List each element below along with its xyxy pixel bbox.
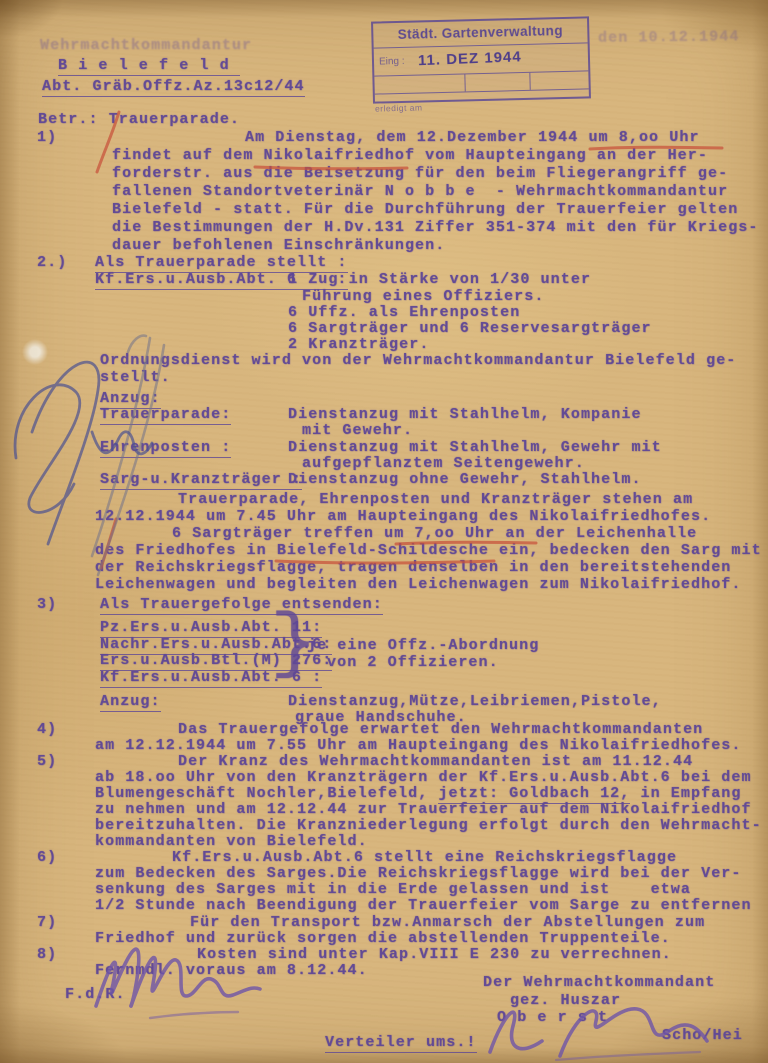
- typed-text-segment: 3): [37, 596, 57, 613]
- typed-line: Als Trauerparade stellt :: [95, 255, 348, 271]
- typed-text-segment: senkung des Sarges mit in die Erde gelas…: [95, 881, 691, 898]
- typed-text-segment: am 12.12.1944 um 7.55 Uhr am Haupteingan…: [95, 737, 742, 754]
- typed-line: Bielefeld - statt. Für die Durchführung …: [112, 202, 738, 218]
- typed-text-segment: 6 Sargträger und 6 Reservesargträger: [288, 320, 652, 337]
- typed-line: Dienstanzug ohne Gewehr, Stahlhelm.: [288, 472, 642, 488]
- typed-text-segment: Dienstanzug mit Stahlhelm, Kompanie: [288, 406, 642, 423]
- typed-line: Blumengeschäft Nochler,Bielefeld, jetzt:…: [95, 786, 742, 802]
- typed-line: Ehrenposten :: [100, 440, 231, 456]
- typed-line: Dienstanzug mit Stahlhelm, Kompanie: [288, 407, 642, 423]
- typed-line: Dienstanzug,Mütze,Leibriemen,Pistole,: [288, 694, 662, 710]
- typed-line: 1 Zug in Stärke von 1/30 unter: [288, 272, 591, 288]
- typed-text-segment: der Reichskriegsflagge, tragen denselben…: [95, 559, 731, 576]
- typed-line: 2 Kranzträger.: [288, 337, 429, 353]
- typed-line: 6 Sargträger treffen um 7,oo Uhr an der …: [172, 526, 697, 542]
- stamp-date: 11. DEZ 1944: [418, 48, 522, 69]
- typed-line: Kf.Ers.u.Ausb.Abt.6 stellt eine Reichskr…: [172, 850, 677, 866]
- typed-text-segment: Friedhof und zurück sorgen die abstellen…: [95, 930, 671, 947]
- typed-text-segment: Abt. Gräb.Offz.Az.13c12/44: [42, 78, 305, 97]
- letterhead-org-faded: Wehrmachtkommandantur: [40, 38, 252, 54]
- section-number: 3): [37, 597, 57, 613]
- typed-text-segment: 6 Sargträger treffen um 7,oo Uhr an der …: [172, 525, 697, 542]
- typed-line: Ordnungsdienst wird von der Wehrmachtkom…: [100, 353, 736, 369]
- typed-text-segment: Dienstanzug mit Stahlhelm, Gewehr mit: [288, 439, 662, 456]
- typed-text-segment: Der Kranz des Wehrmachtkommandanten ist …: [178, 753, 693, 770]
- typed-text-segment: Trauerparade, Ehrenposten und Kranzträge…: [178, 491, 693, 508]
- letterhead-city: B i e l e f e l d: [58, 58, 240, 74]
- typed-text-segment: forderstr. aus die Beisetzung für den be…: [112, 165, 728, 182]
- typed-line: die Bestimmungen der H.Dv.131 Ziffer 351…: [112, 220, 759, 236]
- typed-line: senkung des Sarges mit in die Erde gelas…: [95, 882, 691, 898]
- typed-text-segment: 7): [37, 914, 57, 931]
- typed-line: Sarg-u.Kranzträger :: [100, 472, 302, 488]
- typed-text-segment: Anzug:: [100, 693, 161, 712]
- section-number: 1): [37, 130, 57, 146]
- typed-line: aufgepflanztem Seitengewehr.: [302, 456, 585, 472]
- typed-text-segment: Dienstanzug,Mütze,Leibriemen,Pistole,: [288, 693, 662, 710]
- typed-text-segment: Ehrenposten :: [100, 439, 231, 458]
- typed-text-segment: ab 18.oo Uhr von den Kranzträgern der Kf…: [95, 769, 752, 786]
- typed-line: Für den Transport bzw.Anmarsch der Abste…: [190, 915, 705, 931]
- typed-text-segment: 2.): [37, 254, 67, 271]
- scanned-document-page: { "colors": { "paper": "#d8b67e", "typew…: [0, 0, 768, 1063]
- typed-text-segment: B i e l e f e l d: [58, 57, 240, 76]
- typed-text-segment: den 10.12.1944: [598, 28, 740, 46]
- typed-text-segment: von 2 Offizieren.: [327, 654, 499, 671]
- stamp-table-cell: [374, 74, 465, 93]
- section-number: 2.): [37, 255, 67, 271]
- typed-line: mit Gewehr.: [302, 423, 413, 439]
- typed-line: Führung eines Offiziers.: [302, 289, 544, 305]
- typed-line: Anzug:: [100, 391, 161, 407]
- typed-text-segment: 1): [37, 129, 57, 146]
- typed-text-segment: Trauerparade:: [100, 406, 231, 425]
- typed-line: Der Kranz des Wehrmachtkommandanten ist …: [178, 754, 693, 770]
- typed-line: zu nehmen und am 12.12.44 zur Trauerfeie…: [95, 802, 752, 818]
- typed-text-segment: zu nehmen und am 12.12.44 zur Trauerfeie…: [95, 801, 752, 818]
- typed-text-segment: Kf.Ers.u.Ausb.Abt.6 stellt eine Reichskr…: [172, 849, 677, 866]
- typed-text-segment: Bielefeld - statt. Für die Durchführung …: [112, 201, 738, 218]
- typed-text-segment: Führung eines Offiziers.: [302, 288, 544, 305]
- stamp-erledigt-note: erledigt am: [375, 102, 423, 113]
- typed-text-segment: 1 Zug in Stärke von 1/30 unter: [288, 271, 591, 288]
- fdr-label: F.d.R.: [65, 987, 126, 1003]
- typed-line: 1/2 Stunde nach Beendigung der Trauerfei…: [95, 898, 752, 914]
- signature-block-name: gez. Huszar: [510, 993, 621, 1009]
- typed-line: Das Trauergefolge erwartet den Wehrmacht…: [178, 722, 703, 738]
- typed-text-segment: des Friedhofes in Bielefeld-Schildesche …: [95, 542, 762, 559]
- typed-text-segment: mit Gewehr.: [302, 422, 413, 439]
- typed-text-segment: Wehrmachtkommandantur: [40, 37, 252, 54]
- typed-text-segment: fallenen Standortveterinär N o b b e - W…: [112, 183, 728, 200]
- dateline-faded: den 10.12.1944: [598, 29, 740, 46]
- signature-block-rank: O b e r s t: [497, 1010, 608, 1026]
- typed-line: findet auf dem Nikolaifriedhof vom Haupt…: [112, 148, 708, 164]
- typed-text-segment: F.d.R.: [65, 986, 126, 1003]
- typed-line: Am Dienstag, dem 12.Dezember 1944 um 8,o…: [245, 130, 700, 146]
- subject-line: Betr.: Trauerparade.: [38, 112, 240, 128]
- typed-line: Dienstanzug mit Stahlhelm, Gewehr mit: [288, 440, 662, 456]
- typed-line: bereitzuhalten. Die Kranzniederlegung er…: [95, 818, 762, 834]
- typed-line: Trauerparade, Ehrenposten und Kranzträge…: [178, 492, 693, 508]
- typed-line: des Friedhofes in Bielefeld-Schildesche …: [95, 543, 762, 559]
- section-number: 7): [37, 915, 57, 931]
- typed-text-segment: 4): [37, 721, 57, 738]
- typed-text-segment: 12.12.1944 um 7.45 Uhr am Haupteingang d…: [95, 508, 711, 525]
- typed-line: Trauerparade:: [100, 407, 231, 423]
- typed-text-segment: stellt.: [100, 369, 171, 386]
- typed-line: Kosten sind unter Kap.VIII E 230 zu verr…: [197, 947, 672, 963]
- typed-line: zum Bedecken des Sarges.Die Reichskriegs…: [95, 866, 742, 882]
- typed-text-segment: Leichenwagen und begleiten den Leichenwa…: [95, 576, 742, 593]
- typed-line: 6 Sargträger und 6 Reservesargträger: [288, 321, 652, 337]
- typed-line: Friedhof und zurück sorgen die abstellen…: [95, 931, 671, 947]
- typed-line: Als Trauergefolge entsenden:: [100, 597, 383, 613]
- typed-text-segment: aufgepflanztem Seitengewehr.: [302, 455, 585, 472]
- stamp-eing-label: Eing :: [379, 56, 405, 68]
- typed-line: Fernmdl. voraus am 8.12.44.: [95, 963, 368, 979]
- section-number: 6): [37, 850, 57, 866]
- typed-text-segment: je eine Offz.-Abordnung: [307, 637, 539, 654]
- section-number: 4): [37, 722, 57, 738]
- stamp-date-row: Eing : 11. DEZ 1944: [374, 43, 589, 76]
- typed-line: Anzug:: [100, 694, 161, 710]
- typed-text-segment: bereitzuhalten. Die Kranzniederlegung er…: [95, 817, 762, 834]
- typed-text-segment: in Empfang: [630, 785, 741, 802]
- typist-initials: Scho/Hei: [662, 1028, 743, 1044]
- typed-text-segment: O b e r s t: [497, 1009, 608, 1026]
- typed-text-segment: gez. Huszar: [510, 992, 621, 1009]
- typed-text-segment: Als Trauergefolge entsenden:: [100, 596, 383, 615]
- typed-text-segment: 8): [37, 946, 57, 963]
- typed-line: je eine Offz.-Abordnung: [307, 638, 539, 654]
- typed-line: kommandanten von Bielefeld.: [95, 834, 368, 850]
- typed-line: stellt.: [100, 370, 171, 386]
- typed-line: ab 18.oo Uhr von den Kranzträgern der Kf…: [95, 770, 752, 786]
- typed-text-segment: Ordnungsdienst wird von der Wehrmachtkom…: [100, 352, 736, 369]
- typed-text-segment: Verteiler ums.!: [325, 1034, 477, 1053]
- typed-text-segment: Sarg-u.Kranzträger :: [100, 471, 302, 490]
- typed-text-segment: kommandanten von Bielefeld.: [95, 833, 368, 850]
- typed-text-segment: Betr.: Trauerparade.: [38, 111, 240, 128]
- typed-text-segment: 6): [37, 849, 57, 866]
- typed-line: Leichenwagen und begleiten den Leichenwa…: [95, 577, 742, 593]
- typed-line: forderstr. aus die Beisetzung für den be…: [112, 166, 728, 182]
- distribution-note: Verteiler ums.!: [325, 1035, 477, 1051]
- received-stamp: Städt. Gartenverwaltung Eing : 11. DEZ 1…: [371, 16, 591, 103]
- typed-text-segment: 2 Kranzträger.: [288, 336, 429, 353]
- letterhead-ref: Abt. Gräb.Offz.Az.13c12/44: [42, 79, 305, 95]
- typed-text-segment: dauer befohlenen Einschränkungen.: [112, 237, 445, 254]
- typed-text-segment: Fernmdl. voraus am 8.12.44.: [95, 962, 368, 979]
- typed-text-segment: Für den Transport bzw.Anmarsch der Abste…: [190, 914, 705, 931]
- typed-text-segment: Dienstanzug ohne Gewehr, Stahlhelm.: [288, 471, 642, 488]
- section-number: 8): [37, 947, 57, 963]
- typed-text-segment: zum Bedecken des Sarges.Die Reichskriegs…: [95, 865, 742, 882]
- typed-text-segment: Am Dienstag, dem 12.Dezember 1944 um 8,o…: [245, 129, 700, 146]
- typed-text-segment: 6 Uffz. als Ehrenposten: [288, 304, 520, 321]
- typed-line: der Reichskriegsflagge, tragen denselben…: [95, 560, 731, 576]
- section-number: 5): [37, 754, 57, 770]
- typed-line: von 2 Offizieren.: [327, 655, 499, 671]
- typed-text-segment: findet auf dem Nikolaifriedhof vom Haupt…: [112, 147, 708, 164]
- typed-line: am 12.12.1944 um 7.55 Uhr am Haupteingan…: [95, 738, 742, 754]
- typed-text-segment: 5): [37, 753, 57, 770]
- typed-text-segment: Der Wehrmachtkommandant: [483, 974, 715, 991]
- typed-text-segment: Scho/Hei: [662, 1027, 743, 1044]
- typed-text-segment: Kosten sind unter Kap.VIII E 230 zu verr…: [197, 946, 672, 963]
- typed-line: fallenen Standortveterinär N o b b e - W…: [112, 184, 728, 200]
- typed-line: 6 Uffz. als Ehrenposten: [288, 305, 520, 321]
- typed-line: 12.12.1944 um 7.45 Uhr am Haupteingang d…: [95, 509, 711, 525]
- typed-text-segment: Das Trauergefolge erwartet den Wehrmacht…: [178, 721, 703, 738]
- typed-text-segment: die Bestimmungen der H.Dv.131 Ziffer 351…: [112, 219, 759, 236]
- typed-text-segment: 1/2 Stunde nach Beendigung der Trauerfei…: [95, 897, 752, 914]
- stamp-table-cell: [465, 73, 531, 92]
- signature-block-title: Der Wehrmachtkommandant: [483, 975, 715, 991]
- typed-line: dauer befohlenen Einschränkungen.: [112, 238, 445, 254]
- typed-text-segment: Blumengeschäft Nochler,Bielefeld,: [95, 785, 438, 802]
